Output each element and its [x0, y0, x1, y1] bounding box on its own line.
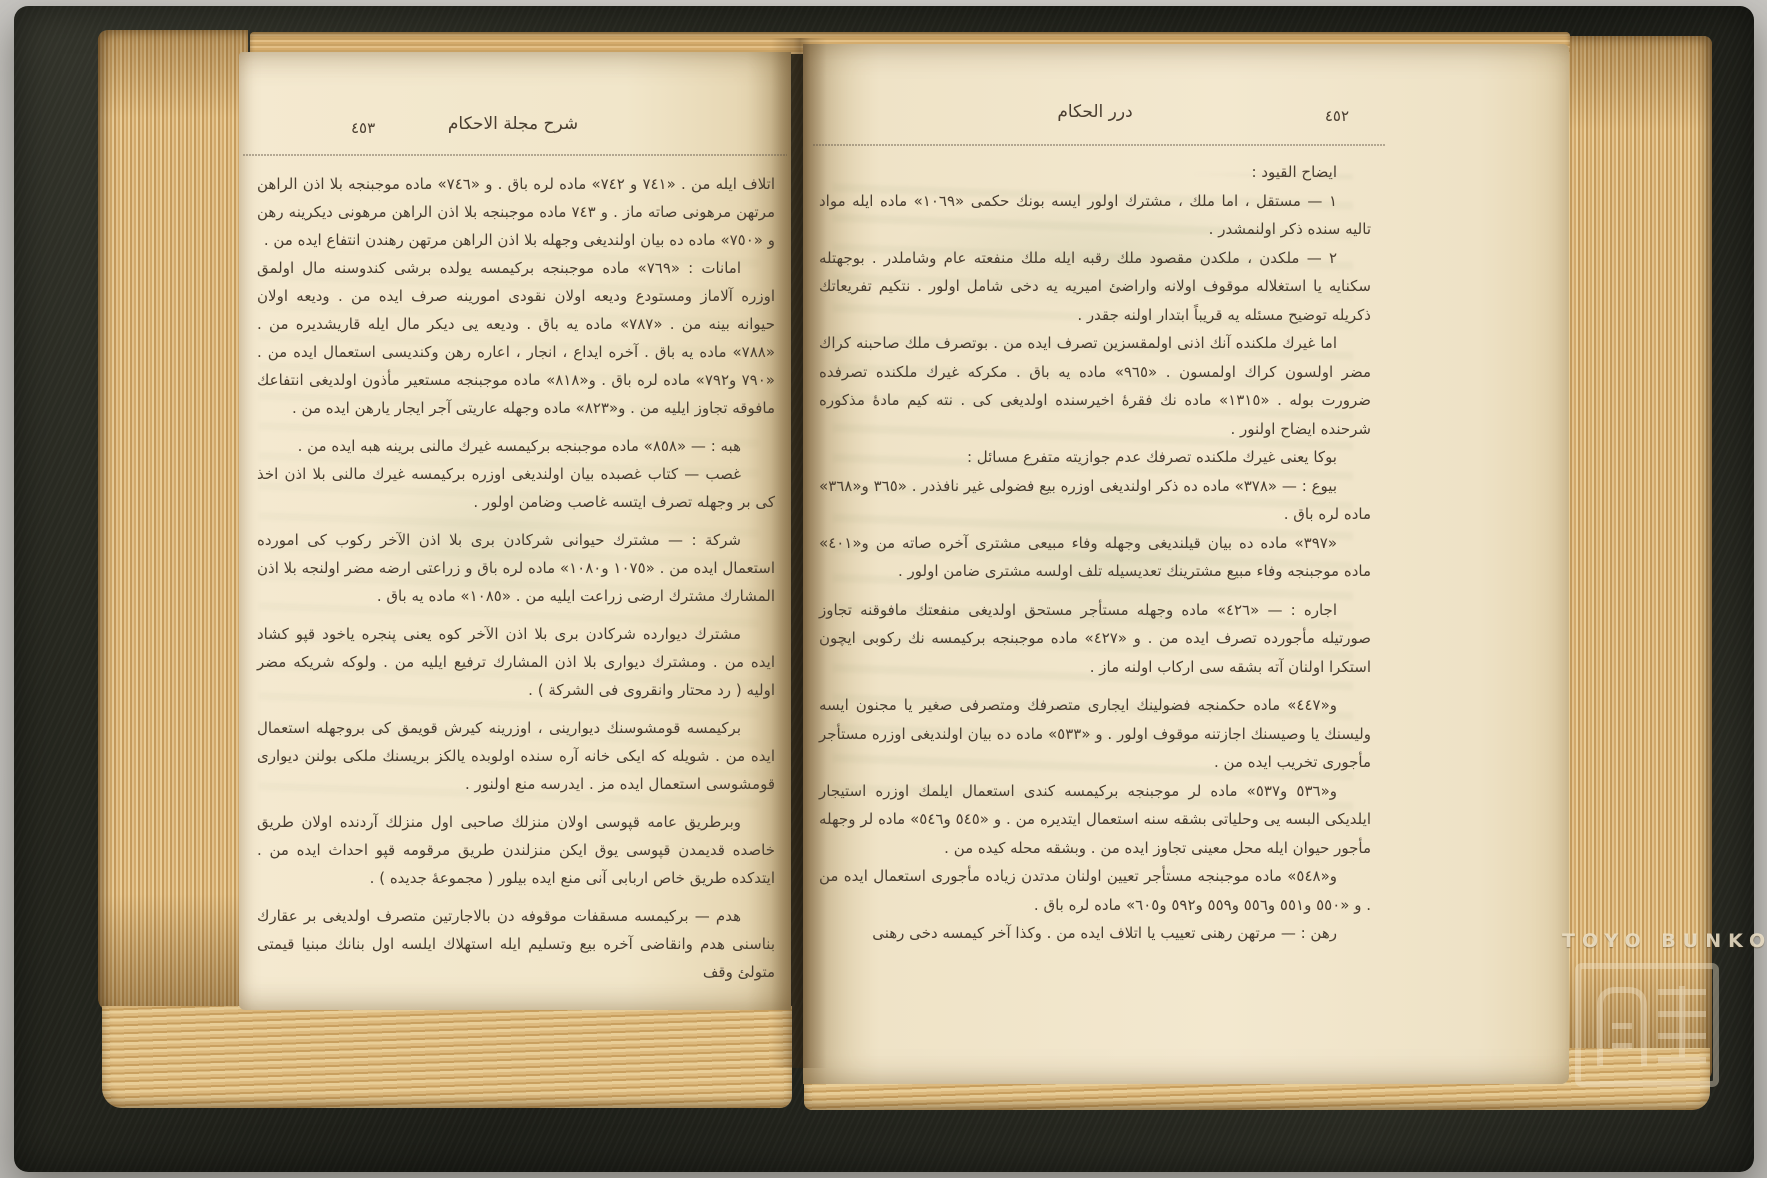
- paragraph: بوكا يعنى غيرك ملكنده تصرفك عدم جوازيته …: [819, 443, 1371, 472]
- paragraph: مشترك ديوارده شركادن برى بلا اذن الآخر ك…: [257, 620, 775, 704]
- paragraph: بيوع : — «٣٧٨» ماده ده ذكر اولنديغى اوزر…: [819, 472, 1371, 529]
- paragraph: اما غيرك ملكنده آنك اذنى اولمقسزين تصرف …: [819, 329, 1371, 443]
- paragraph: غصب — كتاب غصبده بيان اولنديغى اوزره برك…: [257, 460, 775, 516]
- paragraph: و«٥٣٦ و٥٣٧» ماده لر موجبنجه بركيمسه كندى…: [819, 777, 1371, 863]
- paragraph: شركة : — مشترك حيوانى شركادن برى بلا اذن…: [257, 526, 775, 610]
- paragraph: هدم — بركيمسه مسقفات موقوفه دن بالاجارتي…: [257, 902, 775, 986]
- paragraph: بركيمسه قومشوسنك ديوارينى ، اوزرينه كيرش…: [257, 714, 775, 798]
- paragraph: و«٤٤٧» ماده حكمنجه فضولينك ايجارى متصرفك…: [819, 691, 1371, 777]
- paragraph: اتلاف ايله من . «٧٤١ و ٧٤٢» ماده لره باق…: [257, 170, 775, 254]
- paragraph: و«٥٤٨» ماده موجبنجه مستأجر تعيين اولنان …: [819, 862, 1371, 919]
- left-page: ٤٥٣ شرح مجلة الاحكام اتلاف ايله من . «٧٤…: [239, 52, 791, 1010]
- paragraph: وبرطريق عامه قپوسى اولان منزلك صاحبى اول…: [257, 808, 775, 892]
- right-page-text: ايضاح القيود :١ — مستقل ، اما ملك ، مشتر…: [819, 158, 1371, 948]
- left-page-text: اتلاف ايله من . «٧٤١ و ٧٤٢» ماده لره باق…: [257, 170, 775, 986]
- left-page-title: شرح مجلة الاحكام: [247, 114, 779, 134]
- left-page-number: ٤٥٣: [351, 119, 375, 137]
- paragraph: هبه : — «٨٥٨» ماده موجبنجه بركيمسه غيرك …: [257, 432, 775, 460]
- paragraph: ٢ — ملكدن ، ملكدن مقصود ملك رقبه ايله مل…: [819, 244, 1371, 330]
- right-page-number: ٤٥٢: [1325, 107, 1349, 125]
- left-page-rule: [243, 154, 787, 156]
- right-page-header: درر الحكام ٤٥٢: [819, 102, 1371, 132]
- photo-backdrop: ٤٥٣ شرح مجلة الاحكام اتلاف ايله من . «٧٤…: [0, 0, 1767, 1178]
- paragraph: «٣٩٧» ماده ده بيان قيلنديغى وجهله وفاء م…: [819, 529, 1371, 586]
- paragraph: ايضاح القيود :: [819, 158, 1371, 187]
- right-page-rule: [813, 144, 1385, 146]
- paragraph: اجاره : — «٤٢٦» ماده وجهله مستأجر مستحق …: [819, 596, 1371, 682]
- paragraph: رهن : — مرتهن رهنى تعييب يا اتلاف ايده م…: [819, 919, 1371, 948]
- left-page-header: ٤٥٣ شرح مجلة الاحكام: [247, 114, 779, 144]
- paragraph: امانات : «٧٦٩» ماده موجبنجه بركيمسه يولد…: [257, 254, 775, 422]
- bottom-page-edges-left: [102, 1006, 792, 1108]
- fore-edge-right: [1562, 36, 1712, 1082]
- fore-edge-left: [98, 30, 248, 1012]
- paragraph: ١ — مستقل ، اما ملك ، مشترك اولور ايسه ب…: [819, 187, 1371, 244]
- right-page-title: درر الحكام: [819, 102, 1371, 122]
- book-cover: ٤٥٣ شرح مجلة الاحكام اتلاف ايله من . «٧٤…: [14, 6, 1754, 1172]
- right-page: درر الحكام ٤٥٢ ايضاح القيود :١ — مستقل ،…: [803, 44, 1569, 1084]
